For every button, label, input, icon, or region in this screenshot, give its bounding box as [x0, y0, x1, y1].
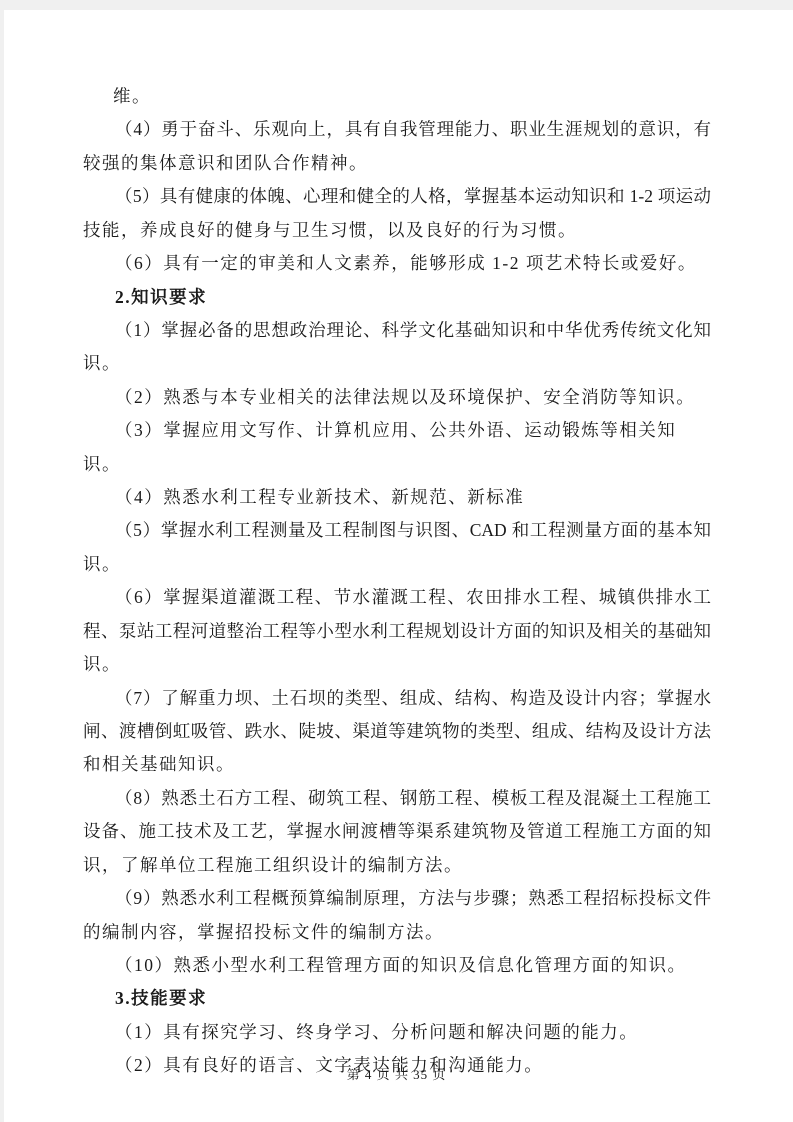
paragraph: （4）勇于奋斗、乐观向上，具有自我管理能力、职业生涯规划的意识，有较强的集体意识…: [83, 113, 711, 180]
page-number-footer: 第 4 页 共 35 页: [0, 1064, 793, 1083]
paragraph: （8）熟悉土石方工程、砌筑工程、钢筋工程、模板工程及混凝土工程施工设备、施工技术…: [83, 782, 711, 882]
paragraph: （2）熟悉与本专业相关的法律法规以及环境保护、安全消防等知识。: [83, 381, 711, 414]
text-line: 维。: [83, 80, 711, 113]
page-edge-left: [0, 0, 4, 1122]
text-line: （3）掌握应用文写作、计算机应用、公共外语、运动锻炼等相关知识。: [83, 414, 711, 481]
paragraph: （4）熟悉水利工程专业新技术、新规范、新标准: [83, 481, 711, 514]
text-line: 和相关基础知识。: [83, 748, 711, 781]
paragraph: （9）熟悉水利工程概预算编制原理，方法与步骤；熟悉工程招标投标文件的编制内容，掌…: [83, 882, 711, 949]
text-line: 技能，养成良好的健身与卫生习惯，以及良好的行为习惯。: [83, 214, 711, 247]
document-page: 维。（4）勇于奋斗、乐观向上，具有自我管理能力、职业生涯规划的意识，有较强的集体…: [0, 0, 793, 1122]
page-edge-top: [0, 0, 793, 10]
text-line: （5）掌握水利工程测量及工程制图与识图、CAD 和工程测量方面的基本知: [83, 514, 711, 547]
text-line: 的编制内容，掌握招投标文件的编制方法。: [83, 916, 711, 949]
text-line: 识。: [83, 347, 711, 380]
text-line: 较强的集体意识和团队合作精神。: [83, 147, 711, 180]
document-body: 维。（4）勇于奋斗、乐观向上，具有自我管理能力、职业生涯规划的意识，有较强的集体…: [83, 80, 711, 1083]
section-heading: 2.知识要求: [83, 281, 711, 314]
text-line: （5）具有健康的体魄、心理和健全的人格，掌握基本运动知识和 1-2 项运动: [83, 180, 711, 213]
paragraph: （1）具有探究学习、终身学习、分析问题和解决问题的能力。: [83, 1016, 711, 1049]
text-line: 设备、施工技术及工艺，掌握水闸渡槽等渠系建筑物及管道工程施工方面的知: [83, 815, 711, 848]
text-line: 识。: [83, 648, 711, 681]
text-line: （1）具有探究学习、终身学习、分析问题和解决问题的能力。: [83, 1016, 711, 1049]
text-line: （10）熟悉小型水利工程管理方面的知识及信息化管理方面的知识。: [83, 949, 711, 982]
text-line: （8）熟悉土石方工程、砌筑工程、钢筋工程、模板工程及混凝土工程施工: [83, 782, 711, 815]
paragraph: （5）具有健康的体魄、心理和健全的人格，掌握基本运动知识和 1-2 项运动技能，…: [83, 180, 711, 247]
paragraph: （5）掌握水利工程测量及工程制图与识图、CAD 和工程测量方面的基本知识。: [83, 514, 711, 581]
text-line: 程、泵站工程河道整治工程等小型水利工程规划设计方面的知识及相关的基础知: [83, 615, 711, 648]
paragraph: （3）掌握应用文写作、计算机应用、公共外语、运动锻炼等相关知识。: [83, 414, 711, 481]
paragraph: 维。: [83, 80, 711, 113]
paragraph: （6）具有一定的审美和人文素养，能够形成 1-2 项艺术特长或爱好。: [83, 247, 711, 280]
paragraph: （7）了解重力坝、土石坝的类型、组成、结构、构造及设计内容；掌握水闸、渡槽倒虹吸…: [83, 682, 711, 782]
text-line: （4）勇于奋斗、乐观向上，具有自我管理能力、职业生涯规划的意识，有: [83, 113, 711, 146]
text-line: （9）熟悉水利工程概预算编制原理，方法与步骤；熟悉工程招标投标文件: [83, 882, 711, 915]
text-line: （1）掌握必备的思想政治理论、科学文化基础知识和中华优秀传统文化知: [83, 314, 711, 347]
text-line: 识，了解单位工程施工组织设计的编制方法。: [83, 849, 711, 882]
section-heading: 3.技能要求: [83, 982, 711, 1015]
paragraph: （10）熟悉小型水利工程管理方面的知识及信息化管理方面的知识。: [83, 949, 711, 982]
text-line: （7）了解重力坝、土石坝的类型、组成、结构、构造及设计内容；掌握水: [83, 682, 711, 715]
text-line: 识。: [83, 548, 711, 581]
text-line: 2.知识要求: [83, 281, 711, 314]
text-line: （4）熟悉水利工程专业新技术、新规范、新标准: [83, 481, 711, 514]
text-line: 3.技能要求: [83, 982, 711, 1015]
paragraph: （1）掌握必备的思想政治理论、科学文化基础知识和中华优秀传统文化知识。: [83, 314, 711, 381]
text-line: 闸、渡槽倒虹吸管、跌水、陡坡、渠道等建筑物的类型、组成、结构及设计方法: [83, 715, 711, 748]
text-line: （6）掌握渠道灌溉工程、节水灌溉工程、农田排水工程、城镇供排水工: [83, 581, 711, 614]
paragraph: （6）掌握渠道灌溉工程、节水灌溉工程、农田排水工程、城镇供排水工程、泵站工程河道…: [83, 581, 711, 681]
text-line: （2）熟悉与本专业相关的法律法规以及环境保护、安全消防等知识。: [83, 381, 711, 414]
text-line: （6）具有一定的审美和人文素养，能够形成 1-2 项艺术特长或爱好。: [83, 247, 711, 280]
